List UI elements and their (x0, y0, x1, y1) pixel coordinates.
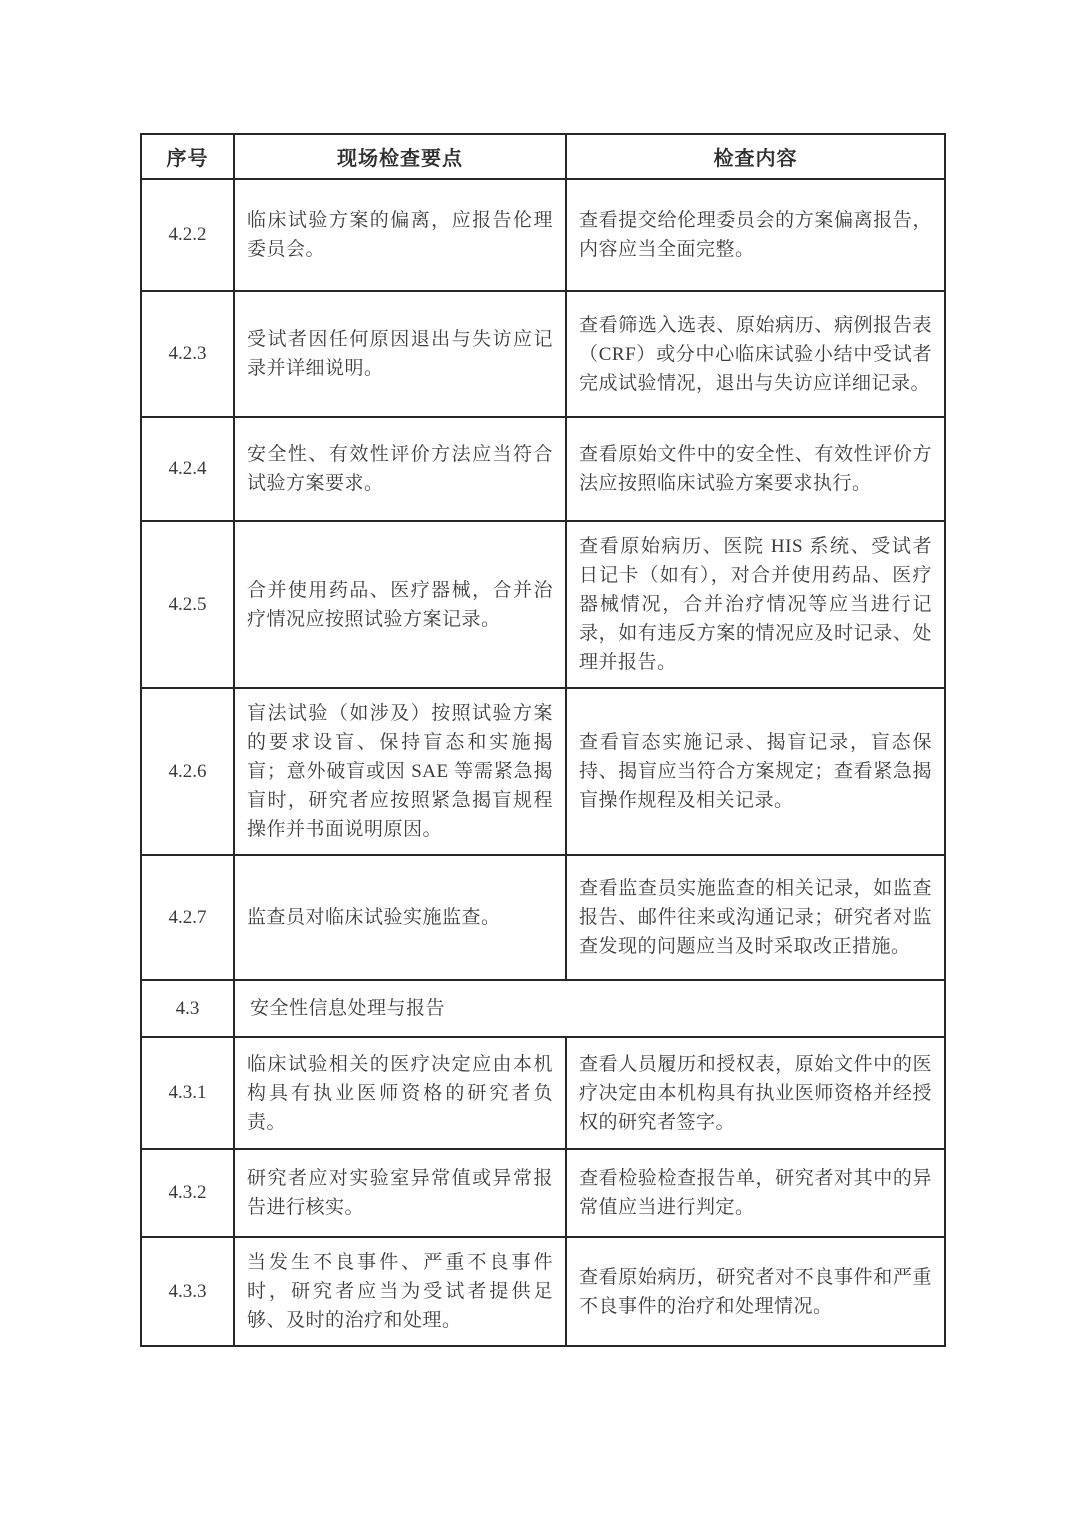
inspection-content-cell: 查看检验检查报告单，研究者对其中的异常值应当进行判定。 (566, 1149, 945, 1237)
inspection-point-cell: 临床试验方案的偏离，应报告伦理委员会。 (234, 179, 566, 291)
inspection-point-cell: 安全性、有效性评价方法应当符合试验方案要求。 (234, 417, 566, 521)
inspection-content-cell: 查看提交给伦理委员会的方案偏离报告，内容应当全面完整。 (566, 179, 945, 291)
inspection-content-cell: 查看原始文件中的安全性、有效性评价方法应按照临床试验方案要求执行。 (566, 417, 945, 521)
table-row: 4.2.4安全性、有效性评价方法应当符合试验方案要求。查看原始文件中的安全性、有… (141, 417, 945, 521)
row-id-cell: 4.3.3 (141, 1237, 234, 1346)
inspection-table: 序号 现场检查要点 检查内容 4.2.2临床试验方案的偏离，应报告伦理委员会。查… (140, 133, 946, 1347)
table-row: 4.3.1临床试验相关的医疗决定应由本机构具有执业医师资格的研究者负责。查看人员… (141, 1037, 945, 1149)
row-id-cell: 4.3.2 (141, 1149, 234, 1237)
inspection-point-cell: 受试者因任何原因退出与失访应记录并详细说明。 (234, 291, 566, 417)
inspection-point-cell: 当发生不良事件、严重不良事件时，研究者应当为受试者提供足够、及时的治疗和处理。 (234, 1237, 566, 1346)
header-row: 序号 现场检查要点 检查内容 (141, 134, 945, 179)
table-row: 4.3.2研究者应对实验室异常值或异常报告进行核实。查看检验检查报告单，研究者对… (141, 1149, 945, 1237)
col-header-points: 现场检查要点 (234, 134, 566, 179)
table-row: 4.2.3受试者因任何原因退出与失访应记录并详细说明。查看筛选入选表、原始病历、… (141, 291, 945, 417)
row-id-cell: 4.2.7 (141, 855, 234, 980)
inspection-point-cell: 合并使用药品、医疗器械，合并治疗情况应按照试验方案记录。 (234, 521, 566, 688)
table-row: 4.2.5合并使用药品、医疗器械，合并治疗情况应按照试验方案记录。查看原始病历、… (141, 521, 945, 688)
table-body: 4.2.2临床试验方案的偏离，应报告伦理委员会。查看提交给伦理委员会的方案偏离报… (141, 179, 945, 1346)
inspection-point-cell: 盲法试验（如涉及）按照试验方案的要求设盲、保持盲态和实施揭盲；意外破盲或因 SA… (234, 688, 566, 855)
inspection-content-cell: 查看盲态实施记录、揭盲记录，盲态保持、揭盲应当符合方案规定；查看紧急揭盲操作规程… (566, 688, 945, 855)
table-row: 4.2.2临床试验方案的偏离，应报告伦理委员会。查看提交给伦理委员会的方案偏离报… (141, 179, 945, 291)
inspection-point-cell: 监查员对临床试验实施监查。 (234, 855, 566, 980)
row-id-cell: 4.2.6 (141, 688, 234, 855)
row-id-cell: 4.2.2 (141, 179, 234, 291)
row-id-cell: 4.2.5 (141, 521, 234, 688)
row-id-cell: 4.3 (141, 980, 234, 1037)
col-header-content: 检查内容 (566, 134, 945, 179)
row-id-cell: 4.2.3 (141, 291, 234, 417)
table-row: 4.2.7监查员对临床试验实施监查。查看监查员实施监查的相关记录，如监查报告、邮… (141, 855, 945, 980)
inspection-content-cell: 查看原始病历、医院 HIS 系统、受试者日记卡（如有），对合并使用药品、医疗器械… (566, 521, 945, 688)
inspection-content-cell: 查看监查员实施监查的相关记录，如监查报告、邮件往来或沟通记录；研究者对监查发现的… (566, 855, 945, 980)
inspection-content-cell: 查看原始病历，研究者对不良事件和严重不良事件的治疗和处理情况。 (566, 1237, 945, 1346)
table-row: 4.2.6盲法试验（如涉及）按照试验方案的要求设盲、保持盲态和实施揭盲；意外破盲… (141, 688, 945, 855)
inspection-point-cell: 研究者应对实验室异常值或异常报告进行核实。 (234, 1149, 566, 1237)
document-page: 序号 现场检查要点 检查内容 4.2.2临床试验方案的偏离，应报告伦理委员会。查… (0, 0, 1080, 1527)
row-id-cell: 4.3.1 (141, 1037, 234, 1149)
inspection-point-cell: 临床试验相关的医疗决定应由本机构具有执业医师资格的研究者负责。 (234, 1037, 566, 1149)
inspection-content-cell: 查看人员履历和授权表，原始文件中的医疗决定由本机构具有执业医师资格并经授权的研究… (566, 1037, 945, 1149)
row-id-cell: 4.2.4 (141, 417, 234, 521)
section-title-cell: 安全性信息处理与报告 (234, 980, 945, 1037)
table-row: 4.3安全性信息处理与报告 (141, 980, 945, 1037)
col-header-seq: 序号 (141, 134, 234, 179)
inspection-content-cell: 查看筛选入选表、原始病历、病例报告表（CRF）或分中心临床试验小结中受试者完成试… (566, 291, 945, 417)
table-row: 4.3.3当发生不良事件、严重不良事件时，研究者应当为受试者提供足够、及时的治疗… (141, 1237, 945, 1346)
